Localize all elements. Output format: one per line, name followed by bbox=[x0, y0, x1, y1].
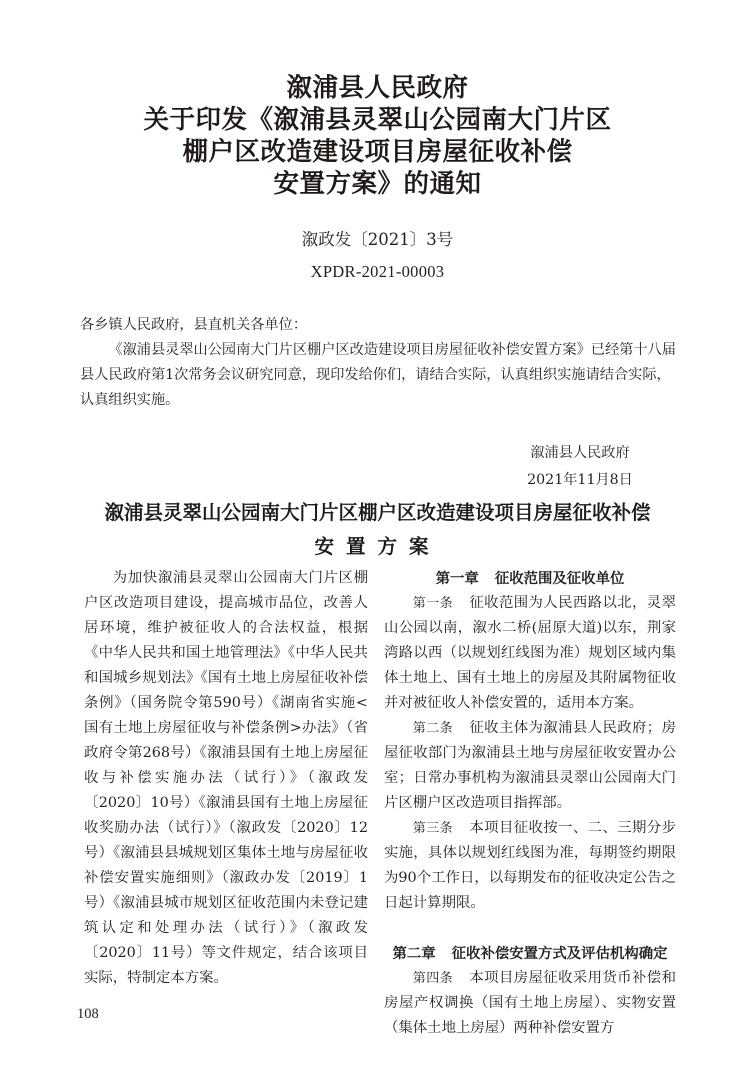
article-paragraph: 第一条征收范围为人民西路以北，灵翠山公园以南，溆水二桥(屈原大道)以东，荆家湾路… bbox=[384, 591, 676, 716]
notice-paragraph: 《溆浦县灵翠山公园南大门片区棚户区改造建设项目房屋征收补偿安置方案》已经第十八届… bbox=[80, 338, 680, 413]
article-label: 第二条 bbox=[413, 721, 453, 736]
chapter-label: 第一章 bbox=[436, 570, 479, 587]
issue-date: 2021年11月8日 bbox=[490, 467, 670, 494]
signature-block: 溆浦县人民政府 2021年11月8日 bbox=[490, 440, 670, 494]
article-label: 第四条 bbox=[413, 971, 453, 986]
chapter-heading: 第一章征收范围及征收单位 bbox=[384, 566, 676, 591]
chapter-title: 征收范围及征收单位 bbox=[495, 570, 625, 587]
title-line: 关于印发《溆浦县灵翠山公园南大门片区 bbox=[0, 104, 755, 136]
document-number: 溆政发〔2021〕3号 bbox=[0, 230, 755, 250]
article-paragraph: 第三条本项目征收按一、二、三期分步实施，具体以规划红线图为准，每期签约期限为90… bbox=[384, 816, 676, 916]
notice-title: 溆浦县人民政府 关于印发《溆浦县灵翠山公园南大门片区 棚户区改造建设项目房屋征收… bbox=[0, 72, 755, 200]
preamble-paragraph: 为加快溆浦县灵翠山公园南大门片区棚户区改造项目建设，提高城市品位，改善人居环境，… bbox=[84, 566, 368, 991]
title-line: 安置方案》的通知 bbox=[0, 168, 755, 200]
plan-title: 溆浦县灵翠山公园南大门片区棚户区改造建设项目房屋征收补偿 安置方案 bbox=[0, 496, 755, 564]
right-column: 第一章征收范围及征收单位 第一条征收范围为人民西路以北，灵翠山公园以南，溆水二桥… bbox=[384, 566, 676, 1041]
issuer: 溆浦县人民政府 bbox=[490, 440, 670, 467]
chapter-label: 第二章 bbox=[392, 945, 435, 962]
plan-title-line: 安置方案 bbox=[0, 530, 755, 564]
page-number: 108 bbox=[77, 1006, 99, 1023]
article-paragraph: 第二条征收主体为溆浦县人民政府；房屋征收部门为溆浦县土地与房屋征收安置办公室；日… bbox=[384, 716, 676, 816]
addressee: 各乡镇人民政府，县直机关各单位： bbox=[80, 313, 680, 338]
title-line: 棚户区改造建设项目房屋征收补偿 bbox=[0, 136, 755, 168]
article-label: 第一条 bbox=[413, 596, 453, 611]
chapter-title: 征收补偿安置方式及评估机构确定 bbox=[452, 945, 668, 962]
left-column: 为加快溆浦县灵翠山公园南大门片区棚户区改造项目建设，提高城市品位，改善人居环境，… bbox=[84, 566, 368, 991]
chapter-heading: 第二章征收补偿安置方式及评估机构确定 bbox=[384, 941, 676, 966]
article-text: 征收范围为人民西路以北，灵翠山公园以南，溆水二桥(屈原大道)以东，荆家湾路以西（… bbox=[384, 595, 676, 711]
document-code: XPDR-2021-00003 bbox=[0, 262, 755, 282]
plan-title-line: 溆浦县灵翠山公园南大门片区棚户区改造建设项目房屋征收补偿 bbox=[0, 496, 755, 530]
notice-body: 各乡镇人民政府，县直机关各单位： 《溆浦县灵翠山公园南大门片区棚户区改造建设项目… bbox=[80, 313, 680, 413]
article-label: 第三条 bbox=[413, 821, 453, 836]
article-paragraph: 第四条本项目房屋征收采用货币补偿和房屋产权调换（国有土地上房屋）、实物安置（集体… bbox=[384, 966, 676, 1041]
title-line: 溆浦县人民政府 bbox=[0, 72, 755, 104]
